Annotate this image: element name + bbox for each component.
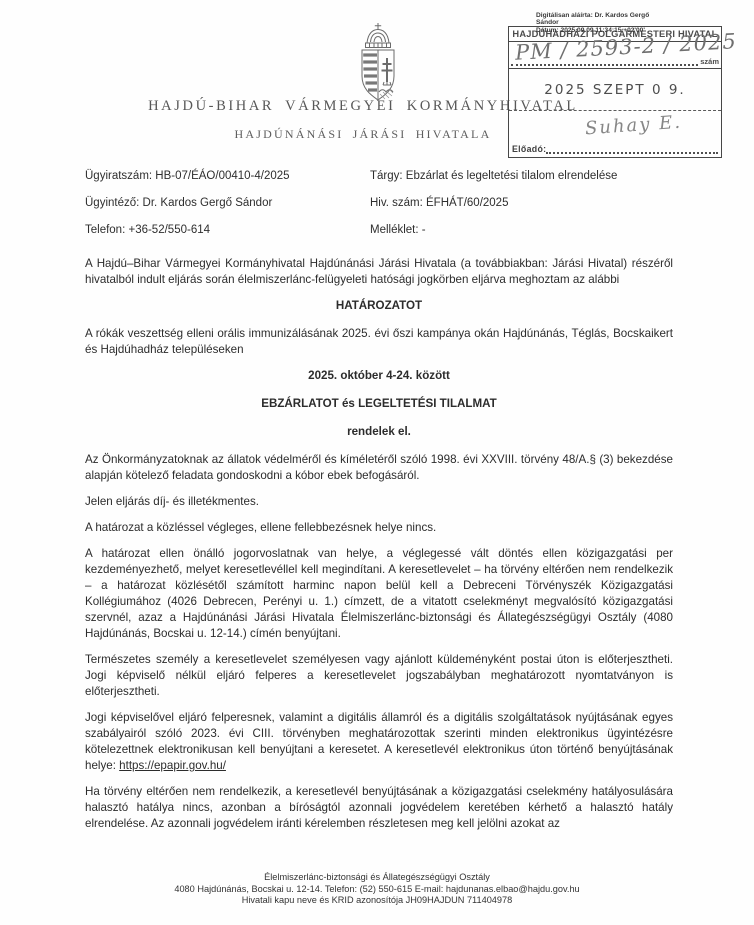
digital-signature-line3: Dátum: 2025.09.09 11:34:15 +02'00' [536, 27, 736, 34]
scanned-official-document: HAJDÚ-BIHAR VÁRMEGYEI KORMÁNYHIVATAL HAJ… [0, 0, 754, 925]
case-details-left: Ügyiratszám: HB-07/ÉÁO/00410-4/2025 Ügyi… [85, 166, 355, 247]
suspensive-effect-paragraph: Ha törvény eltérően nem rendelkezik, a k… [85, 784, 673, 832]
campaign-paragraph: A rókák veszettség elleni orális immuniz… [85, 326, 673, 358]
case-details-right: Tárgy: Ebzárlat és legeltetési tilalom e… [370, 166, 675, 247]
digital-signature-line1: Digitálisan aláírta: Dr. Kardos Gergő [536, 12, 736, 19]
eloado-line: Előadó: [512, 144, 718, 154]
phone-row: Telefon: +36-52/550-614 [85, 220, 355, 247]
footer-contact: 4080 Hajdúnánás, Bocskai u. 12-14. Telef… [0, 884, 754, 896]
document-body: A Hajdú–Bihar Vármegyei Kormányhivatal H… [85, 256, 673, 842]
final-decision-paragraph: A határozat a közléssel végleges, ellene… [85, 520, 673, 536]
subject-row: Tárgy: Ebzárlat és legeltetési tilalom e… [370, 166, 675, 193]
intro-paragraph: A Hajdú–Bihar Vármegyei Kormányhivatal H… [85, 256, 673, 288]
attachment-row: Melléklet: - [370, 220, 675, 247]
date-stamp: 2025 SZEPT 0 9. [544, 82, 685, 98]
fee-free-paragraph: Jelen eljárás díj- és illetékmentes. [85, 494, 673, 510]
appeal-paragraph: A határozat ellen önálló jogorvoslatnak … [85, 546, 673, 642]
digital-signature-note: Digitálisan aláírta: Dr. Kardos Gergő Sá… [536, 12, 736, 34]
heading-order: rendelek el. [85, 424, 673, 440]
stamp-date-row: 2025 SZEPT 0 9. [509, 69, 721, 111]
heading-hatarozatot: HATÁROZATOT [85, 298, 673, 314]
digital-signature-line2: Sándor [536, 19, 736, 26]
case-number-row: Ügyiratszám: HB-07/ÉÁO/00410-4/2025 [85, 166, 355, 193]
reference-number-row: Hiv. szám: ÉFHÁT/60/2025 [370, 193, 675, 220]
natural-person-paragraph: Természetes személy a keresetlevelet sze… [85, 652, 673, 700]
case-officer-row: Ügyintéző: Dr. Kardos Gergő Sándor [85, 193, 355, 220]
stamp-signature-row: Suhay E. Előadó: [509, 111, 721, 158]
heading-date-range: 2025. október 4-24. között [85, 368, 673, 384]
stamp-number-row: PM / 2593-2 / 2025 szám [509, 42, 721, 69]
hungarian-coat-of-arms-icon [353, 22, 403, 108]
electronic-filing-paragraph: Jogi képviselővel eljáró felperesnek, va… [85, 710, 673, 774]
footer-department: Élelmiszerlánc-biztonsági és Állategészs… [0, 872, 754, 884]
registry-stamp: HAJDÚHADHÁZI POLGÁRMESTERI HIVATAL PM / … [508, 26, 722, 158]
szam-label: szám [698, 57, 719, 66]
epapir-link[interactable]: https://epapir.gov.hu/ [119, 759, 226, 772]
document-footer: Élelmiszerlánc-biztonsági és Állategészs… [0, 872, 754, 907]
municipality-duty-paragraph: Az Önkormányzatoknak az állatok védelmér… [85, 452, 673, 484]
handwritten-signature: Suhay E. [584, 112, 682, 140]
heading-ban: EBZÁRLATOT és LEGELTETÉSI TILALMAT [85, 396, 673, 412]
footer-krid: Hivatali kapu neve és KRID azonosítója J… [0, 895, 754, 907]
eloado-label: Előadó: [512, 144, 546, 154]
dotted-leader-line [546, 151, 718, 154]
